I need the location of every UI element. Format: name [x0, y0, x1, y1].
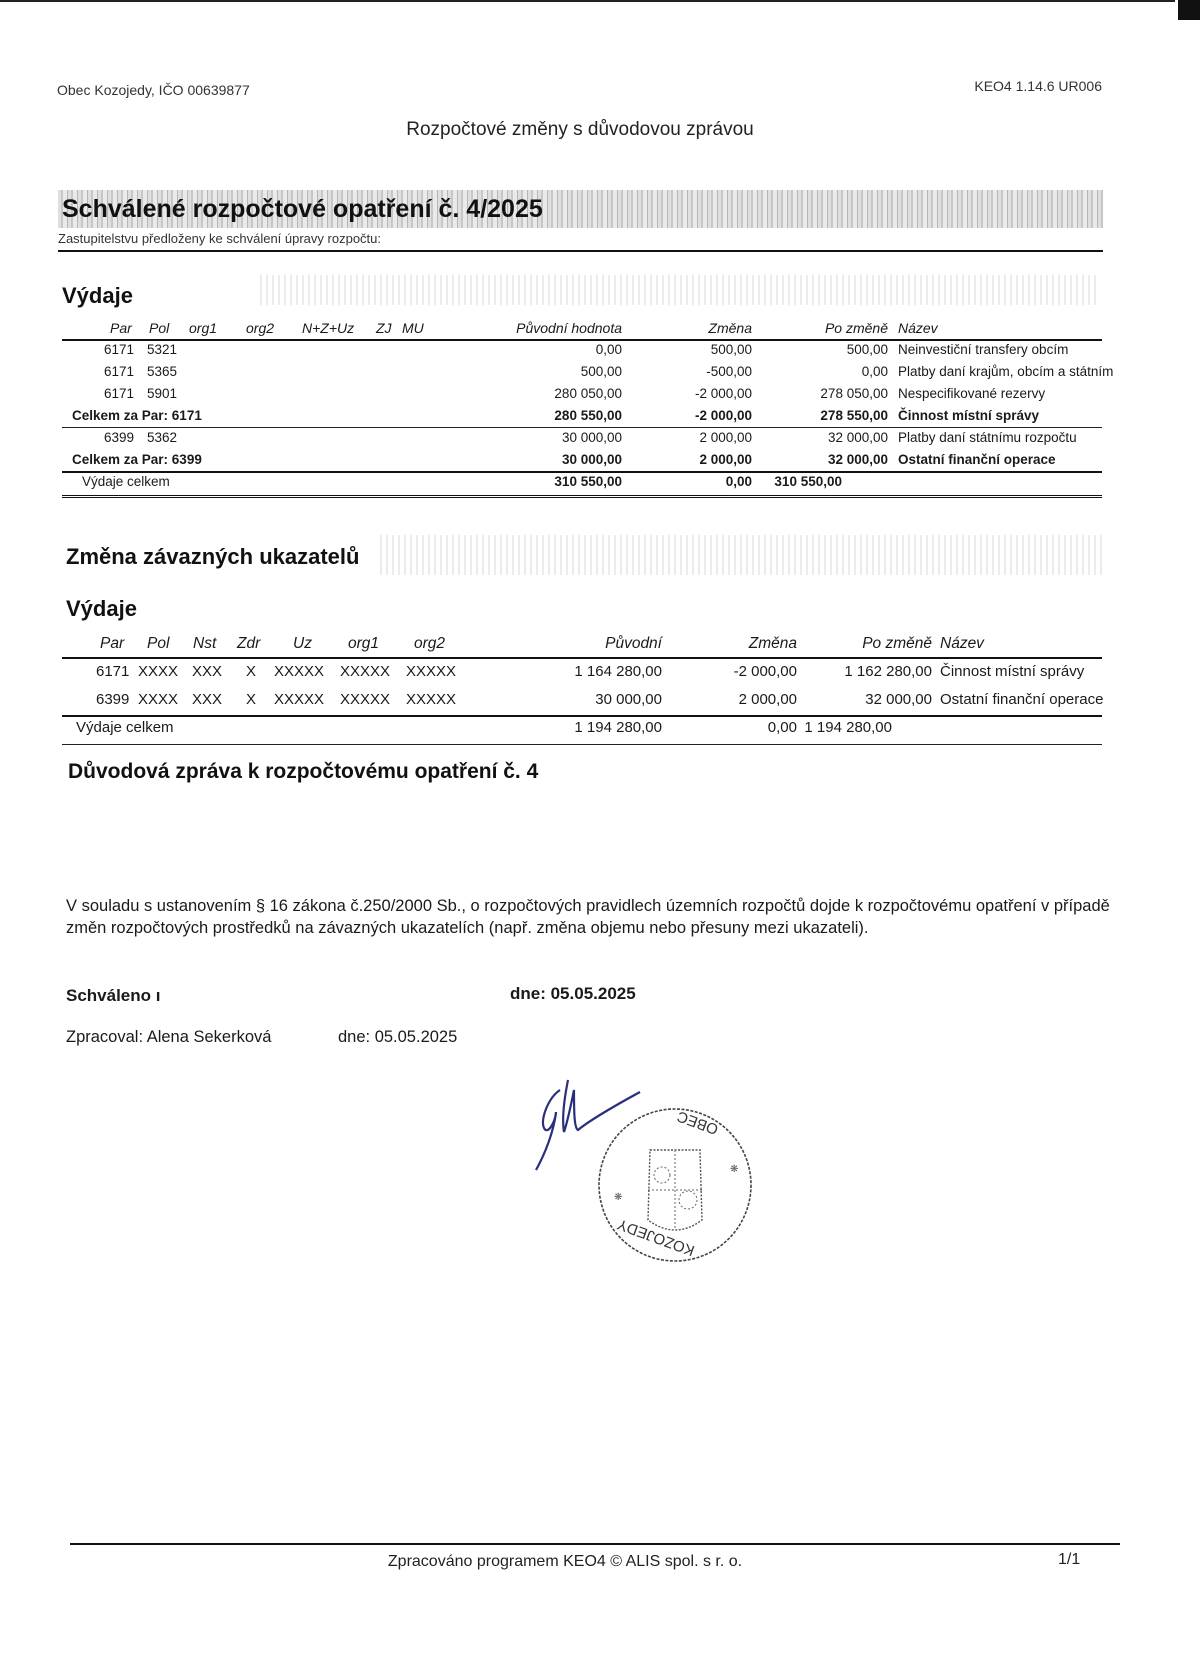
svg-text:❋: ❋ — [614, 1192, 622, 1203]
cell-name: Platby daní krajům, obcím a státním — [898, 364, 1113, 379]
col-zj: ZJ — [376, 320, 392, 336]
cell-par: 6399 — [104, 430, 134, 445]
cell-par: 6171 — [104, 364, 134, 379]
table-header-row: Par Pol Nst Zdr Uz org1 org2 Původní Změ… — [62, 630, 1102, 658]
total-after: 310 550,00 — [702, 474, 842, 489]
col-mu: MU — [402, 320, 424, 336]
subtotal-row: Celkem za Par: 6171 280 550,00 -2 000,00… — [62, 405, 1102, 427]
expenses-table: Par Pol org1 org2 N+Z+Uz ZJ MU Původní h… — [62, 317, 1102, 493]
table-row: 6399 5362 30 000,00 2 000,00 32 000,00 P… — [62, 427, 1102, 449]
total-after: 1 194 280,00 — [762, 719, 892, 736]
col-change: Změna — [632, 635, 797, 653]
cell-pol: 5321 — [147, 342, 177, 357]
col-org2: org2 — [246, 320, 274, 336]
table-row: 6171 XXXX XXX X XXXXX XXXXX XXXXX 1 164 … — [62, 658, 1102, 686]
cell-nst: XXX — [192, 663, 222, 680]
total-label: Výdaje celkem — [82, 474, 170, 489]
subtotal-label: Celkem za Par: 6399 — [72, 452, 202, 467]
col-nzuz: N+Z+Uz — [302, 320, 354, 336]
approved-label: Schváleno ı — [66, 986, 160, 1006]
subtotal-row: Celkem za Par: 6399 30 000,00 2 000,00 3… — [62, 449, 1102, 471]
cell-name: Neinvestiční transfery obcím — [898, 342, 1068, 357]
table-row: 6171 5901 280 050,00 -2 000,00 278 050,0… — [62, 383, 1102, 405]
cell-name: Činnost místní správy — [898, 408, 1039, 423]
cell-change: 2 000,00 — [632, 691, 797, 708]
cell-after: 32 000,00 — [782, 691, 932, 708]
col-org1: org1 — [348, 635, 379, 653]
col-after: Po změně — [782, 635, 932, 653]
cell-name: Ostatní finanční operace — [940, 691, 1103, 708]
cell-change: -2 000,00 — [632, 663, 797, 680]
cell-after: 500,00 — [742, 342, 888, 357]
section-title-expenses: Výdaje — [62, 283, 133, 309]
cell-change: -2 000,00 — [592, 386, 752, 401]
cell-pol: XXXX — [138, 691, 178, 708]
col-pol: Pol — [147, 635, 169, 653]
program-version: KEO4 1.14.6 UR006 — [974, 78, 1102, 94]
cell-after: 32 000,00 — [742, 430, 888, 445]
table-row: 6171 5365 500,00 -500,00 0,00 Platby dan… — [62, 361, 1102, 383]
total-row: Výdaje celkem 1 194 280,00 0,00 1 194 28… — [62, 714, 1102, 742]
measure-title: Schválené rozpočtové opatření č. 4/2025 — [62, 195, 543, 224]
svg-text:KOZOJEDY: KOZOJEDY — [615, 1215, 697, 1259]
measure-subtitle: Zastupitelstvu předloženy ke schválení ú… — [58, 231, 381, 246]
divider — [58, 250, 1103, 252]
total-bottom-rule — [62, 744, 1102, 745]
cell-name: Činnost místní správy — [940, 663, 1084, 680]
col-nst: Nst — [193, 635, 216, 653]
cell-par: 6171 — [104, 386, 134, 401]
cell-change: 2 000,00 — [592, 452, 752, 467]
col-zdr: Zdr — [237, 635, 260, 653]
cell-par: 6171 — [96, 663, 129, 680]
cell-after: 278 050,00 — [742, 386, 888, 401]
approved-date: dne: 05.05.2025 — [510, 984, 636, 1004]
cell-after: 1 162 280,00 — [782, 663, 932, 680]
cell-org1: XXXXX — [340, 663, 390, 680]
table-row: 6399 XXXX XXX X XXXXX XXXXX XXXXX 30 000… — [62, 686, 1102, 714]
cell-pol: 5901 — [147, 386, 177, 401]
official-stamp-icon: KOZOJEDY OBEC ❋ ❋ — [590, 1100, 760, 1270]
cell-after: 32 000,00 — [742, 452, 888, 467]
cell-name: Ostatní finanční operace — [898, 452, 1056, 467]
table-row: 6171 5321 0,00 500,00 500,00 Neinvestičn… — [62, 339, 1102, 361]
cell-pol: 5362 — [147, 430, 177, 445]
binding-indicators-table: Par Pol Nst Zdr Uz org1 org2 Původní Změ… — [62, 630, 1102, 742]
col-name: Název — [940, 635, 984, 653]
svg-text:❋: ❋ — [730, 1164, 738, 1175]
cell-after: 278 550,00 — [742, 408, 888, 423]
scan-edge-corner — [1178, 0, 1200, 20]
scan-noise — [260, 275, 1100, 305]
col-change: Změna — [592, 320, 752, 336]
cell-change: -2 000,00 — [592, 408, 752, 423]
table-header-row: Par Pol org1 org2 N+Z+Uz ZJ MU Původní h… — [62, 317, 1102, 339]
explanatory-report-text: V souladu s ustanovením § 16 zákona č.25… — [66, 895, 1116, 939]
scan-edge-top — [0, 0, 1175, 2]
cell-uz: XXXXX — [274, 663, 324, 680]
processed-by: Zpracoval: Alena Sekerková — [66, 1028, 271, 1047]
document-title: Rozpočtové změny s důvodovou zprávou — [0, 119, 1160, 141]
col-org2: org2 — [414, 635, 445, 653]
subtotal-label: Celkem za Par: 6171 — [72, 408, 202, 423]
cell-change: -500,00 — [592, 364, 752, 379]
cell-org1: XXXXX — [340, 691, 390, 708]
cell-zdr: X — [246, 691, 256, 708]
total-double-rule — [62, 495, 1102, 500]
col-pol: Pol — [149, 320, 169, 336]
processed-date: dne: 05.05.2025 — [338, 1028, 457, 1047]
cell-pol: 5365 — [147, 364, 177, 379]
total-label: Výdaje celkem — [76, 719, 174, 736]
cell-par: 6399 — [96, 691, 129, 708]
col-name: Název — [898, 320, 938, 336]
scan-noise — [380, 535, 1105, 575]
cell-zdr: X — [246, 663, 256, 680]
col-uz: Uz — [293, 635, 312, 653]
col-org1: org1 — [189, 320, 217, 336]
cell-uz: XXXXX — [274, 691, 324, 708]
cell-name: Nespecifikované rezervy — [898, 386, 1045, 401]
organization-id: Obec Kozojedy, IČO 00639877 — [57, 82, 250, 98]
cell-pol: XXXX — [138, 663, 178, 680]
section-title-expenses-2: Výdaje — [66, 596, 137, 622]
cell-after: 0,00 — [742, 364, 888, 379]
footer-rule — [70, 1543, 1120, 1545]
cell-org2: XXXXX — [406, 663, 456, 680]
cell-change: 500,00 — [592, 342, 752, 357]
col-par: Par — [110, 320, 132, 336]
col-after: Po změně — [742, 320, 888, 336]
cell-par: 6171 — [104, 342, 134, 357]
footer-text: Zpracováno programem KEO4 © ALIS spol. s… — [0, 1553, 1130, 1571]
cell-name: Platby daní státnímu rozpočtu — [898, 430, 1077, 445]
col-par: Par — [100, 635, 124, 653]
explanatory-report-title: Důvodová zpráva k rozpočtovému opatření … — [68, 760, 538, 784]
total-row: Výdaje celkem 310 550,00 0,00 310 550,00 — [62, 471, 1102, 493]
section-title-binding-indicators: Změna závazných ukazatelů — [66, 544, 359, 570]
page-number: 1/1 — [1058, 1551, 1080, 1569]
cell-org2: XXXXX — [406, 691, 456, 708]
cell-nst: XXX — [192, 691, 222, 708]
cell-change: 2 000,00 — [592, 430, 752, 445]
